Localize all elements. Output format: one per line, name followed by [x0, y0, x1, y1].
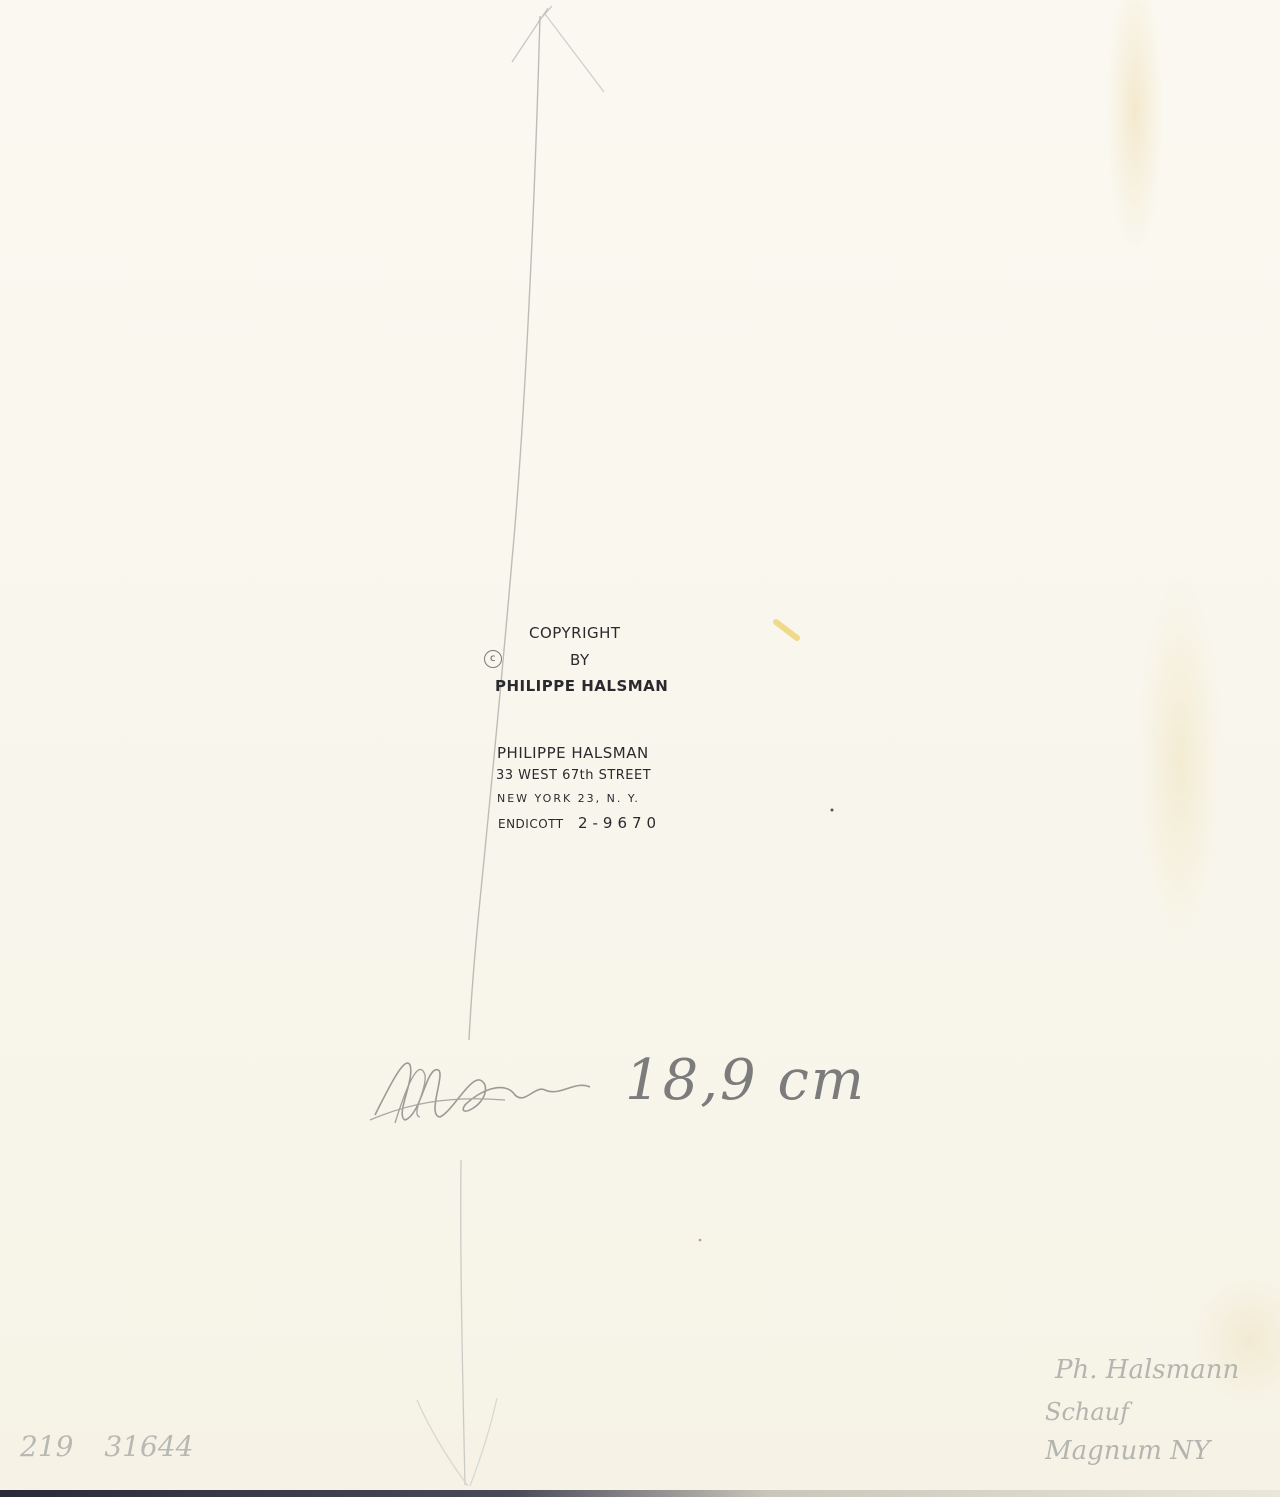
inventory-code-2: 31644 [104, 1430, 193, 1463]
agency-note: Magnum NY [1045, 1436, 1210, 1466]
phone-number: 2-9670 [578, 814, 661, 832]
subject-note: Schauf [1045, 1398, 1129, 1426]
crossed-out-scribble-icon [365, 1045, 605, 1135]
scan-bottom-edge [0, 1490, 1280, 1497]
copyright-icon: c [484, 650, 502, 668]
photographer-note: Ph. Halsmann [1055, 1355, 1239, 1385]
inventory-code-1: 219 [20, 1430, 73, 1463]
phone-label: ENDICOTT [498, 817, 564, 831]
address-city: NEW YORK 23, N. Y. [497, 792, 640, 805]
address-street: 33 WEST 67th STREET [496, 768, 651, 783]
stamp-by-label: BY [570, 651, 590, 669]
inventory-number: 219 31644 [20, 1430, 193, 1463]
stamp-owner-name: PHILIPPE HALSMAN [495, 677, 668, 695]
address-phone: ENDICOTT 2-9670 [498, 814, 661, 832]
address-name: PHILIPPE HALSMAN [497, 744, 649, 762]
measurement-note: 18,9 cm [625, 1048, 866, 1113]
stamp-copyright-label: COPYRIGHT [529, 624, 621, 642]
